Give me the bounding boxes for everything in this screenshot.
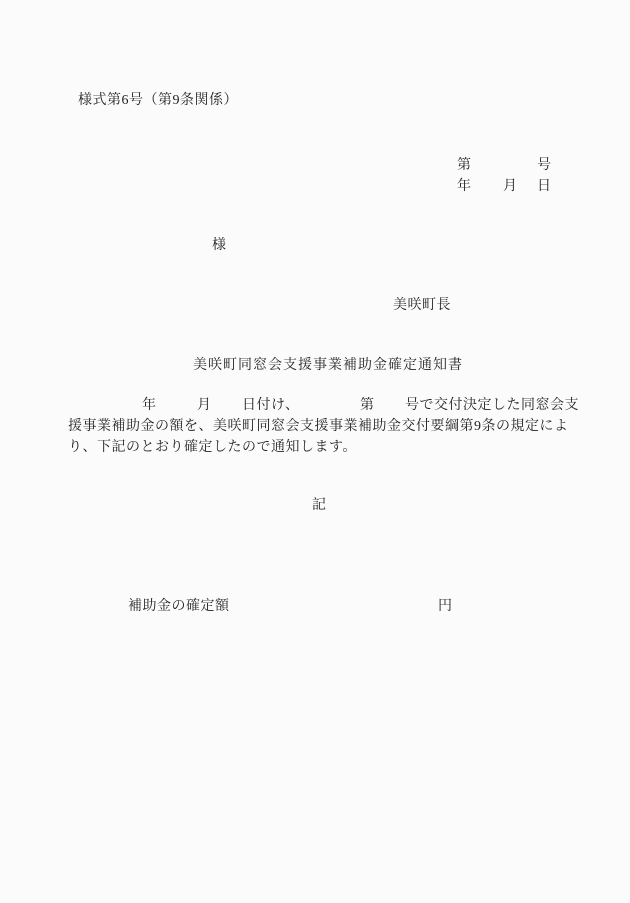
- sender-title: 美咲町長: [393, 296, 451, 316]
- document-number-prefix: 第: [457, 156, 472, 176]
- document-number-suffix: 号: [537, 156, 552, 176]
- amount-row: 補助金の確定額 円: [0, 597, 630, 617]
- amount-unit-label: 円: [438, 597, 453, 617]
- document-page: 様式第6号（第9条関係） 第 号 年 月 日 様 美咲町長 美咲町同窓会支援事業…: [0, 0, 630, 903]
- date-day-label: 日: [537, 177, 552, 197]
- body-number-prefix: 第: [360, 396, 375, 416]
- body-day-phrase: 日付け、: [242, 396, 299, 416]
- body-line-1: 年 月 日付け、 第 号で交付決定した同窓会支: [0, 396, 630, 416]
- date-month-label: 月: [503, 177, 518, 197]
- form-label: 様式第6号（第9条関係）: [78, 91, 238, 111]
- document-number-line: 第 号: [0, 156, 630, 176]
- body-line-2: 援事業補助金の額を、美咲町同窓会支援事業補助金交付要綱第9条の規定によ: [68, 417, 569, 437]
- body-line-1-rest: 号で交付決定した同窓会支: [405, 396, 579, 416]
- body-month-label: 月: [197, 396, 212, 416]
- body-line-3: り、下記のとおり確定したので通知します。: [68, 438, 357, 458]
- addressee-honorific: 様: [212, 236, 227, 256]
- record-marker: 記: [312, 496, 327, 516]
- date-year-label: 年: [457, 177, 472, 197]
- document-title: 美咲町同窓会支援事業補助金確定通知書: [193, 356, 463, 376]
- document-date-line: 年 月 日: [0, 177, 630, 197]
- amount-label: 補助金の確定額: [128, 597, 230, 617]
- body-year-label: 年: [142, 396, 157, 416]
